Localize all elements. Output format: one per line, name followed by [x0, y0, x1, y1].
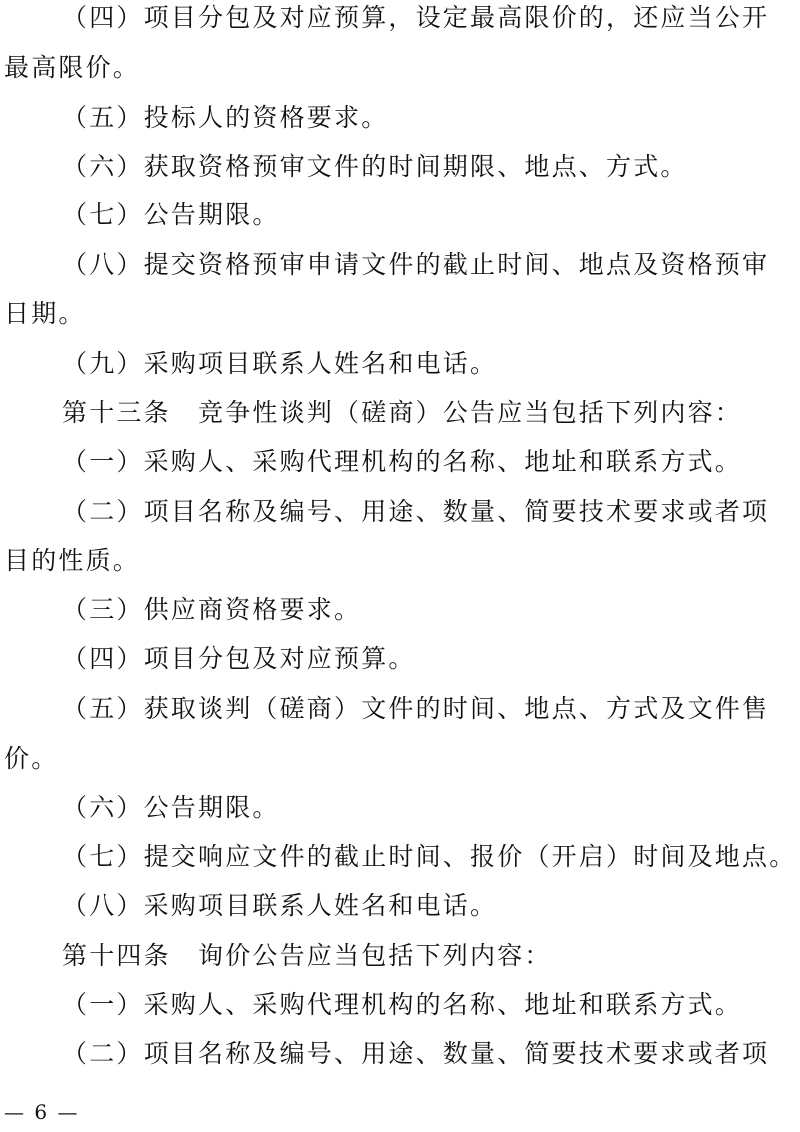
list-item-8-continuation: 日期。	[4, 298, 86, 330]
list-item-4-budget: （四）项目分包及对应预算，设定最高限价的，还应当公开	[62, 2, 769, 34]
article-13-item-6: （六）公告期限。	[62, 792, 280, 824]
article-13-item-3: （三）供应商资格要求。	[62, 594, 361, 626]
article-13-item-4: （四）项目分包及对应预算。	[62, 643, 416, 675]
article-13-heading: 第十三条 竞争性谈判（磋商）公告应当包括下列内容：	[62, 397, 742, 429]
list-item-6-prequalification-docs: （六）获取资格预审文件的时间期限、地点、方式。	[62, 151, 688, 183]
article-13-item-1: （一）采购人、采购代理机构的名称、地址和联系方式。	[62, 446, 742, 478]
article-13-item-8: （八）采购项目联系人姓名和电话。	[62, 890, 497, 922]
list-item-9-contact: （九）采购项目联系人姓名和电话。	[62, 348, 497, 380]
document-page: （四）项目分包及对应预算，设定最高限价的，还应当公开 最高限价。 （五）投标人的…	[0, 0, 800, 1132]
article-13-item-5: （五）获取谈判（磋商）文件的时间、地点、方式及文件售	[62, 693, 769, 725]
list-item-7-notice-period: （七）公告期限。	[62, 199, 280, 231]
article-13-item-2-continuation: 目的性质。	[4, 545, 140, 577]
article-13-item-7: （七）提交响应文件的截止时间、报价（开启）时间及地点。	[62, 841, 796, 873]
list-item-5-bidder-qualification: （五）投标人的资格要求。	[62, 102, 388, 134]
page-number: — 6 —	[4, 1100, 79, 1124]
article-14-item-1: （一）采购人、采购代理机构的名称、地址和联系方式。	[62, 989, 742, 1021]
list-item-4-continuation: 最高限价。	[4, 52, 140, 84]
article-13-item-2: （二）项目名称及编号、用途、数量、简要技术要求或者项	[62, 496, 769, 528]
article-13-item-5-continuation: 价。	[4, 743, 58, 775]
article-14-item-2: （二）项目名称及编号、用途、数量、简要技术要求或者项	[62, 1038, 769, 1070]
list-item-8-submission-deadline: （八）提交资格预审申请文件的截止时间、地点及资格预审	[62, 249, 769, 281]
article-14-heading: 第十四条 询价公告应当包括下列内容：	[62, 940, 552, 972]
